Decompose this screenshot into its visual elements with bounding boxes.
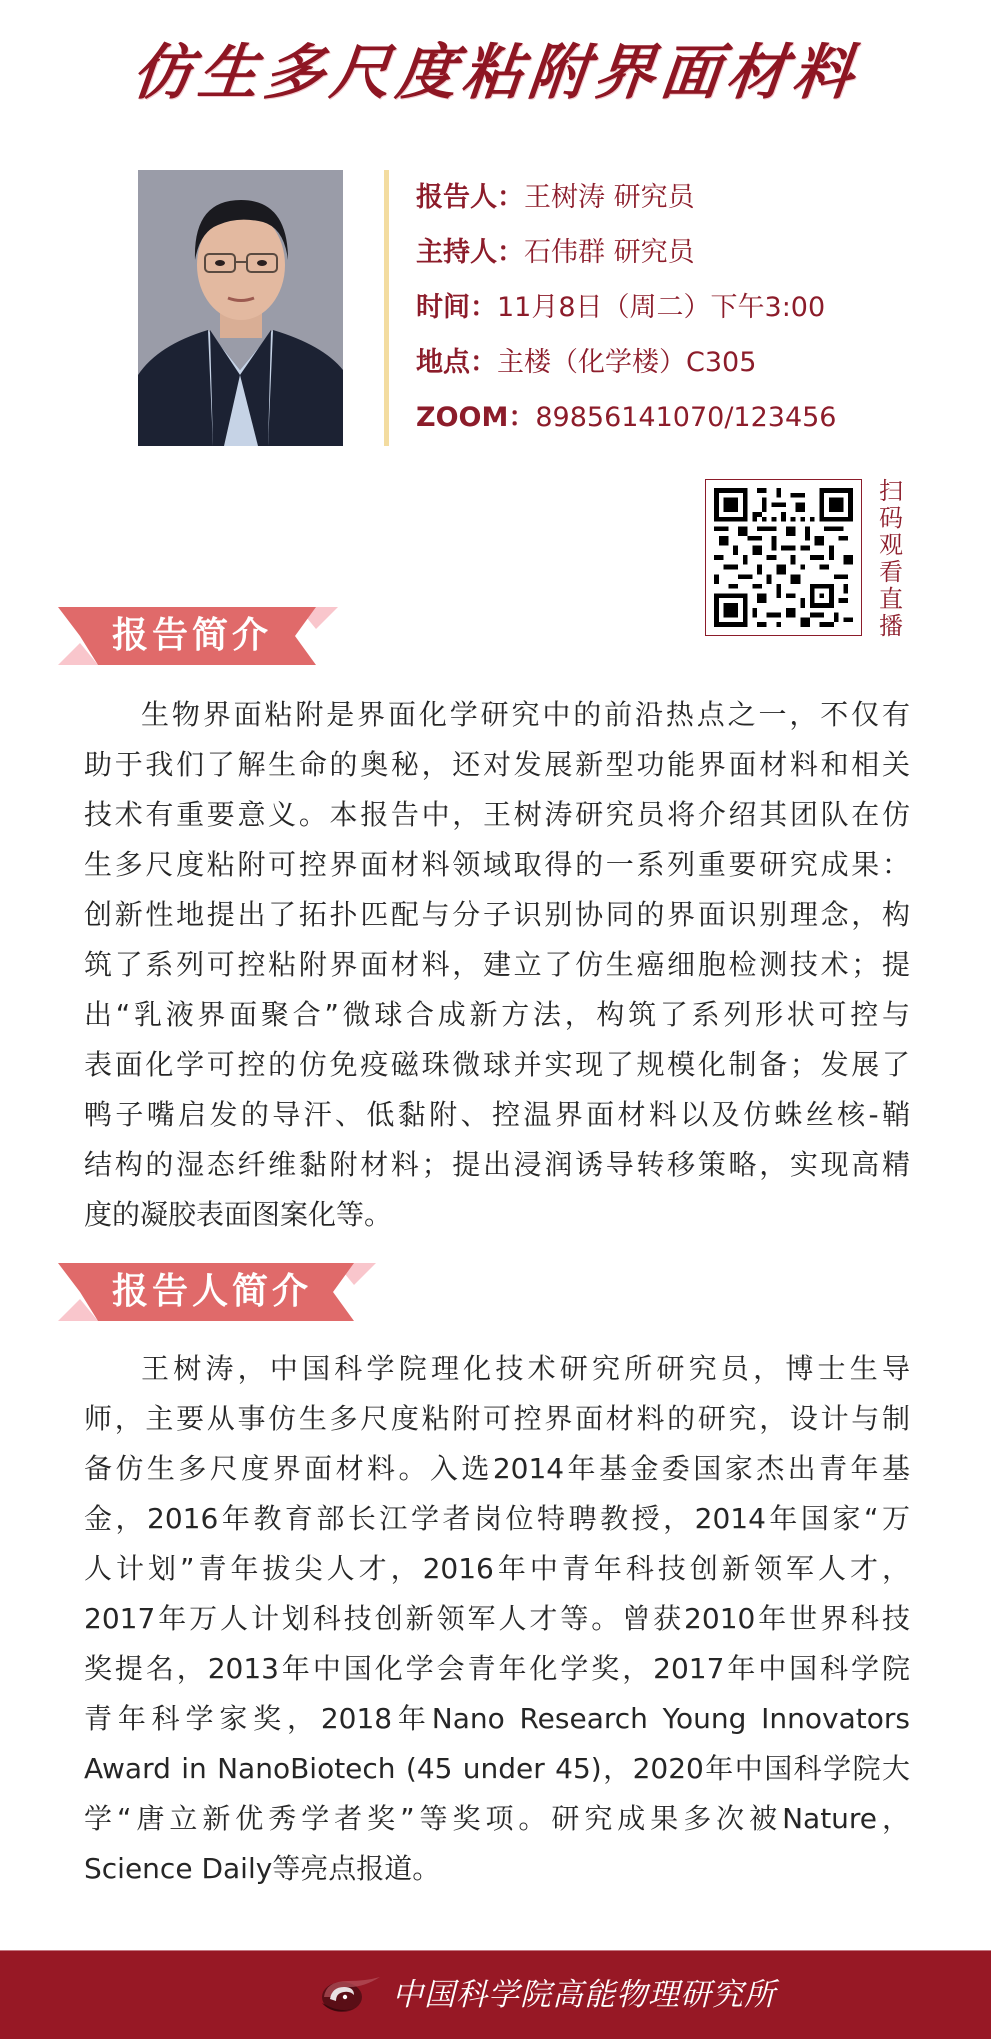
text-line: 筑了系列可控粘附界面材料，建立了仿生癌细胞检测技术；提: [84, 940, 910, 990]
info-zoom: ZOOM：89856141070/123456: [416, 396, 837, 451]
text-line: 生多尺度粘附可控界面材料领域取得的一系列重要研究成果：: [84, 840, 910, 890]
section-heading-text: 报告人简介: [112, 1263, 312, 1321]
qr-caption: 扫 码 观 看 直 播: [876, 478, 906, 640]
text-line: 王树涛，中国科学院理化技术研究所研究员，博士生导: [84, 1344, 910, 1394]
text-line: 生物界面粘附是界面化学研究中的前沿热点之一，不仅有: [84, 690, 910, 740]
qr-caption-char: 看: [876, 559, 906, 586]
text-line: 人计划”青年拔尖人才，2016年中青年科技创新领军人才，: [84, 1544, 910, 1594]
qr-caption-char: 码: [876, 505, 906, 532]
section-heading-text: 报告简介: [112, 607, 272, 665]
info-label: 主持人：: [416, 237, 524, 268]
text-line: 创新性地提出了拓扑匹配与分子识别协同的界面识别理念，构: [84, 890, 910, 940]
info-speaker: 报告人：王树涛 研究员: [416, 176, 837, 231]
info-label: 报告人：: [416, 182, 524, 213]
qr-caption-char: 扫: [876, 478, 906, 505]
footer: 中国科学院高能物理研究所: [0, 1950, 991, 2039]
text-line: 青年科学家奖，2018年Nano Research Young Innovato…: [84, 1694, 910, 1744]
text-line: 度的凝胶表面图案化等。: [84, 1190, 910, 1240]
text-line: 技术有重要意义。本报告中，王树涛研究员将介绍其团队在仿: [84, 790, 910, 840]
text-line: 备仿生多尺度界面材料。入选2014年基金委国家杰出青年基: [84, 1444, 910, 1494]
text-line: 金，2016年教育部长江学者岗位特聘教授，2014年国家“万: [84, 1494, 910, 1544]
section-heading-talk-intro: 报告简介: [58, 607, 338, 665]
live-stream-qr-code[interactable]: [705, 479, 862, 636]
speaker-bio: 王树涛，中国科学院理化技术研究所研究员，博士生导 师，主要从事仿生多尺度粘附可控…: [84, 1344, 910, 1894]
info-location: 地点：主楼（化学楼）C305: [416, 341, 837, 396]
text-line: 表面化学可控的仿免疫磁珠微球并实现了规模化制备；发展了: [84, 1040, 910, 1090]
info-host: 主持人：石伟群 研究员: [416, 231, 837, 286]
qr-code-icon: [714, 488, 853, 627]
speaker-photo: [138, 170, 343, 446]
ihep-spiral-logo-icon: [314, 1973, 382, 2017]
text-line: 奖提名，2013年中国化学会青年化学奖，2017年中国科学院: [84, 1644, 910, 1694]
talk-info: 报告人：王树涛 研究员 主持人：石伟群 研究员 时间：11月8日（周二）下午3:…: [416, 176, 837, 451]
info-value: 王树涛 研究员: [524, 182, 695, 213]
info-value: 主楼（化学楼）C305: [497, 347, 756, 378]
qr-caption-char: 直: [876, 586, 906, 613]
qr-caption-char: 播: [876, 613, 906, 640]
info-value: 石伟群 研究员: [524, 237, 695, 268]
text-line: 结构的湿态纤维黏附材料；提出浸润诱导转移策略，实现高精: [84, 1140, 910, 1190]
talk-abstract: 生物界面粘附是界面化学研究中的前沿热点之一，不仅有 助于我们了解生命的奥秘，还对…: [84, 690, 910, 1240]
accent-divider: [384, 170, 389, 446]
institute-name: 中国科学院高能物理研究所: [392, 1973, 776, 2017]
text-line: 学“唐立新优秀学者奖”等奖项。研究成果多次被Nature，: [84, 1794, 910, 1844]
qr-caption-char: 观: [876, 532, 906, 559]
speaker-portrait-icon: [138, 170, 343, 446]
info-label: 时间：: [416, 292, 497, 323]
text-line: 师，主要从事仿生多尺度粘附可控界面材料的研究，设计与制: [84, 1394, 910, 1444]
text-line: 出“乳液界面聚合”微球合成新方法，构筑了系列形状可控与: [84, 990, 910, 1040]
section-heading-speaker-bio: 报告人简介: [58, 1263, 376, 1321]
text-line: 2017年万人计划科技创新领军人才等。曾获2010年世界科技: [84, 1594, 910, 1644]
info-label: ZOOM：: [416, 402, 535, 433]
info-value: 89856141070/123456: [535, 402, 836, 433]
text-line: 助于我们了解生命的奥秘，还对发展新型功能界面材料和相关: [84, 740, 910, 790]
info-time: 时间：11月8日（周二）下午3:00: [416, 286, 837, 341]
info-value: 11月8日（周二）下午3:00: [497, 292, 825, 323]
page-title: 仿生多尺度粘附界面材料: [0, 36, 991, 110]
text-line: Award in NanoBiotech (45 under 45)，2020年…: [84, 1744, 910, 1794]
text-line: 鸭子嘴启发的导汗、低黏附、控温界面材料以及仿蛛丝核-鞘: [84, 1090, 910, 1140]
text-line: Science Daily等亮点报道。: [84, 1844, 910, 1894]
info-label: 地点：: [416, 347, 497, 378]
